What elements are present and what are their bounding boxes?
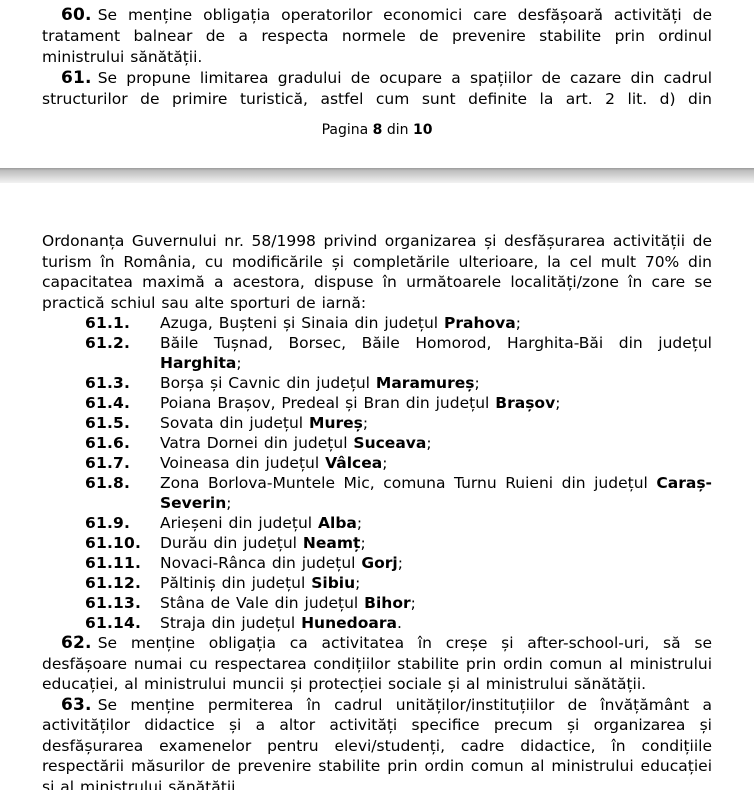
list-item-localities: Novaci-Rânca din județul bbox=[160, 554, 361, 572]
list-item-suffix: ; bbox=[474, 374, 479, 392]
list-item: 61.13. Stâna de Vale din județul Bihor; bbox=[42, 593, 712, 613]
paragraph-61: 61.Se propune limitarea gradului de ocup… bbox=[42, 68, 712, 110]
page-9-top: Ordonanța Guvernului nr. 58/1998 privind… bbox=[0, 183, 754, 790]
list-item-suffix: . bbox=[397, 614, 402, 632]
list-item-suffix: ; bbox=[355, 574, 360, 592]
paragraph-60-text: Se menține obligația operatorilor econom… bbox=[42, 6, 712, 66]
list-item-number: 61.4. bbox=[85, 393, 160, 413]
list-item-suffix: ; bbox=[357, 514, 362, 532]
list-item-localities: Zona Borlova-Muntele Mic, comuna Turnu R… bbox=[160, 474, 656, 492]
list-item-localities: Arieșeni din județul bbox=[160, 514, 318, 532]
document-viewer: 60.Se menține obligația operatorilor eco… bbox=[0, 0, 754, 790]
list-item-text: Poiana Brașov, Predeal și Bran din județ… bbox=[160, 393, 712, 413]
list-item-number: 61.10. bbox=[85, 533, 160, 553]
list-item-number: 61.6. bbox=[85, 433, 160, 453]
list-item-number: 61.13. bbox=[85, 593, 160, 613]
list-item-text: Zona Borlova-Muntele Mic, comuna Turnu R… bbox=[160, 473, 712, 513]
list-item-localities: Borșa și Cavnic din județul bbox=[160, 374, 376, 392]
list-item-suffix: ; bbox=[555, 394, 560, 412]
paragraph-62: 62.Se menține obligația ca activitatea î… bbox=[42, 633, 712, 695]
list-item-localities: Voineasa din județul bbox=[160, 454, 325, 472]
paragraph-62-number: 62. bbox=[61, 633, 98, 653]
list-item-text: Durău din județul Neamț; bbox=[160, 533, 712, 553]
paragraph-61-text: Se propune limitarea gradului de ocupare… bbox=[42, 69, 712, 108]
list-item: 61.2. Băile Tușnad, Borsec, Băile Homoro… bbox=[42, 333, 712, 373]
list-item-number: 61.3. bbox=[85, 373, 160, 393]
list-item-number: 61.5. bbox=[85, 413, 160, 433]
county-name: Harghita bbox=[160, 354, 236, 372]
county-name: Brașov bbox=[495, 394, 555, 412]
list-item-suffix: ; bbox=[398, 554, 403, 572]
list-item-localities: Păltiniș din județul bbox=[160, 574, 311, 592]
list-item-text: Băile Tușnad, Borsec, Băile Homorod, Har… bbox=[160, 333, 712, 373]
list-item: 61.9. Arieșeni din județul Alba; bbox=[42, 513, 712, 533]
list-item-number: 61.12. bbox=[85, 573, 160, 593]
county-name: Sibiu bbox=[311, 574, 355, 592]
page-number-footer: Pagina 8 din 10 bbox=[42, 121, 712, 140]
county-name: Bihor bbox=[364, 594, 410, 612]
list-item-suffix: ; bbox=[411, 594, 416, 612]
paragraph-61-number: 61. bbox=[61, 68, 98, 88]
county-name: Maramureș bbox=[376, 374, 475, 392]
list-item-text: Borșa și Cavnic din județul Maramureș; bbox=[160, 373, 712, 393]
paragraph-60-number: 60. bbox=[61, 5, 98, 25]
county-name: Gorj bbox=[361, 554, 397, 572]
list-item-number: 61.8. bbox=[85, 473, 160, 513]
county-name: Alba bbox=[318, 514, 357, 532]
list-item-localities: Durău din județul bbox=[160, 534, 303, 552]
list-item: 61.14. Straja din județul Hunedoara. bbox=[42, 613, 712, 633]
list-item: 61.12. Păltiniș din județul Sibiu; bbox=[42, 573, 712, 593]
list-item: 61.11. Novaci-Rânca din județul Gorj; bbox=[42, 553, 712, 573]
list-item-localities: Azuga, Bușteni și Sinaia din județul bbox=[160, 314, 444, 332]
county-name: Prahova bbox=[444, 314, 516, 332]
list-item-number: 61.1. bbox=[85, 313, 160, 333]
list-item-text: Vatra Dornei din județul Suceava; bbox=[160, 433, 712, 453]
list-item-localities: Poiana Brașov, Predeal și Bran din județ… bbox=[160, 394, 495, 412]
paragraph-62-text: Se menține obligația ca activitatea în c… bbox=[42, 634, 712, 693]
footer-page-number: 8 bbox=[373, 122, 383, 138]
list-item-text: Voineasa din județul Vâlcea; bbox=[160, 453, 712, 473]
list-item-number: 61.7. bbox=[85, 453, 160, 473]
locality-list: 61.1. Azuga, Bușteni și Sinaia din județ… bbox=[42, 313, 712, 633]
county-name: Vâlcea bbox=[325, 454, 382, 472]
list-item-suffix: ; bbox=[360, 534, 365, 552]
paragraph-63: 63.Se menține permiterea în cadrul unită… bbox=[42, 695, 712, 790]
footer-prefix: Pagina bbox=[322, 122, 369, 138]
list-item: 61.5. Sovata din județul Mureș; bbox=[42, 413, 712, 433]
paragraph-63-text: Se menține permiterea în cadrul unitățil… bbox=[42, 696, 712, 790]
list-item: 61.1. Azuga, Bușteni și Sinaia din județ… bbox=[42, 313, 712, 333]
list-item: 61.7. Voineasa din județul Vâlcea; bbox=[42, 453, 712, 473]
list-item-localities: Stâna de Vale din județul bbox=[160, 594, 364, 612]
list-item-text: Stâna de Vale din județul Bihor; bbox=[160, 593, 712, 613]
list-item-text: Azuga, Bușteni și Sinaia din județul Pra… bbox=[160, 313, 712, 333]
county-name: Mureș bbox=[309, 414, 363, 432]
list-item-number: 61.9. bbox=[85, 513, 160, 533]
county-name: Hunedoara bbox=[301, 614, 397, 632]
list-item-suffix: ; bbox=[236, 354, 241, 372]
list-item-text: Arieșeni din județul Alba; bbox=[160, 513, 712, 533]
list-item-number: 61.2. bbox=[85, 333, 160, 373]
list-item-suffix: ; bbox=[382, 454, 387, 472]
footer-separator-word: din bbox=[387, 122, 409, 138]
list-item-localities: Sovata din județul bbox=[160, 414, 309, 432]
list-item-text: Novaci-Rânca din județul Gorj; bbox=[160, 553, 712, 573]
paragraph-60: 60.Se menține obligația operatorilor eco… bbox=[42, 5, 712, 68]
list-item-text: Straja din județul Hunedoara. bbox=[160, 613, 712, 633]
list-item: 61.6. Vatra Dornei din județul Suceava; bbox=[42, 433, 712, 453]
list-item-suffix: ; bbox=[226, 494, 231, 512]
list-item-suffix: ; bbox=[363, 414, 368, 432]
page-8-bottom: 60.Se menține obligația operatorilor eco… bbox=[0, 0, 754, 168]
list-item-number: 61.14. bbox=[85, 613, 160, 633]
list-item: 61.3. Borșa și Cavnic din județul Maramu… bbox=[42, 373, 712, 393]
list-item: 61.10. Durău din județul Neamț; bbox=[42, 533, 712, 553]
list-item-text: Sovata din județul Mureș; bbox=[160, 413, 712, 433]
list-item-localities: Băile Tușnad, Borsec, Băile Homorod, Har… bbox=[160, 334, 712, 352]
footer-total-pages: 10 bbox=[413, 122, 432, 138]
list-item-localities: Vatra Dornei din județul bbox=[160, 434, 353, 452]
list-item: 61.4. Poiana Brașov, Predeal și Bran din… bbox=[42, 393, 712, 413]
county-name: Neamț bbox=[303, 534, 361, 552]
list-item-suffix: ; bbox=[426, 434, 431, 452]
county-name: Suceava bbox=[353, 434, 426, 452]
paragraph-63-number: 63. bbox=[61, 695, 98, 715]
paragraph-61-continuation: Ordonanța Guvernului nr. 58/1998 privind… bbox=[42, 231, 712, 313]
list-item-number: 61.11. bbox=[85, 553, 160, 573]
page-separator bbox=[0, 168, 754, 183]
list-item-suffix: ; bbox=[516, 314, 521, 332]
list-item: 61.8. Zona Borlova-Muntele Mic, comuna T… bbox=[42, 473, 712, 513]
list-item-localities: Straja din județul bbox=[160, 614, 301, 632]
list-item-text: Păltiniș din județul Sibiu; bbox=[160, 573, 712, 593]
